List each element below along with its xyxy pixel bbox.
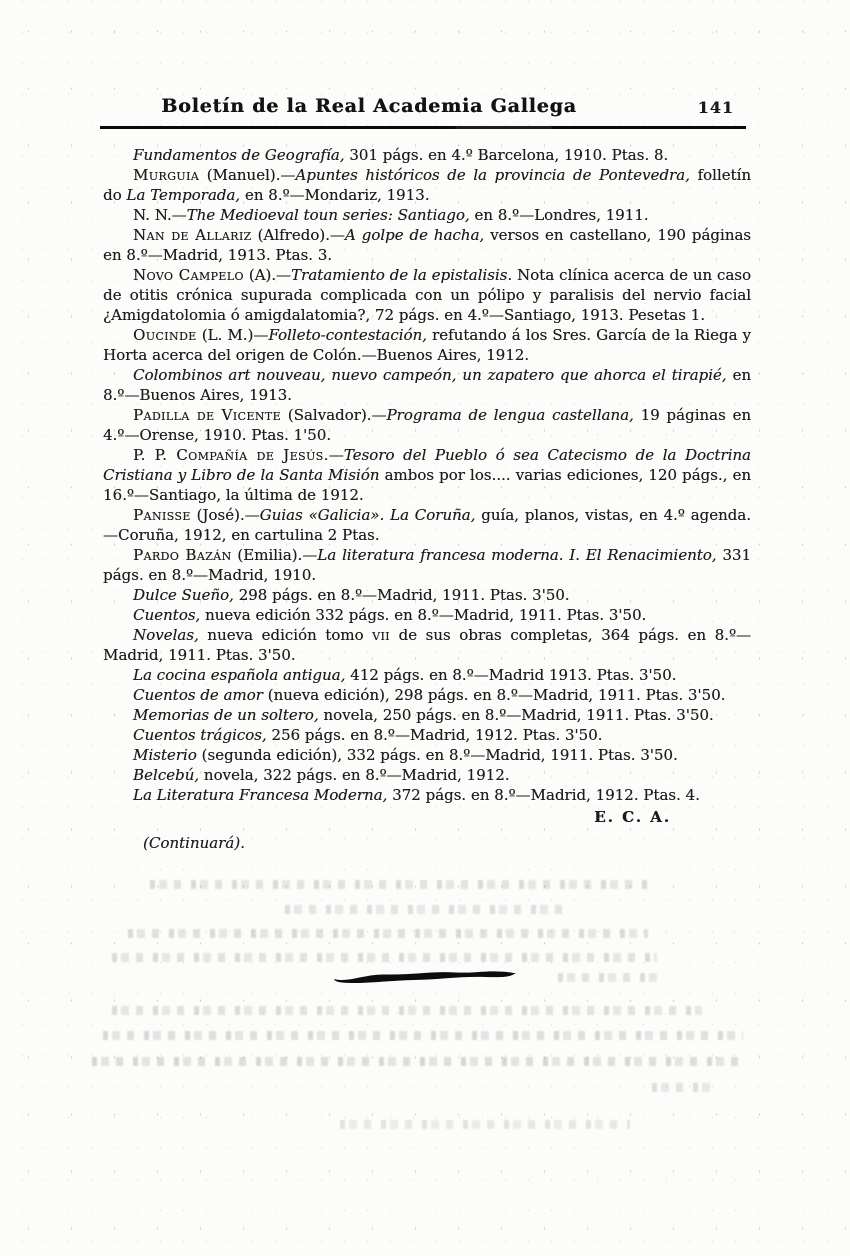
work-title: A golpe de hacha, [345,226,484,244]
work-title: Misterio [133,746,197,764]
entry-text: 298 págs. en 8.º—Madrid, 1911. Ptas. 3'5… [234,586,570,604]
entry-text: (A).— [244,266,291,284]
entry-text: nueva edición tomo [199,626,372,644]
work-title: Apuntes históricos de la provincia de Po… [295,166,690,184]
bibliography-entry: Fundamentos de Geografía, 301 págs. en 4… [103,145,751,165]
work-title: La cocina española antigua, [133,666,345,684]
bleedthrough-ghost-line [92,1057,747,1066]
bibliography-list: Fundamentos de Geografía, 301 págs. en 4… [103,145,751,853]
bibliography-entry: La cocina española antigua, 412 págs. en… [103,665,751,685]
work-title: Cuentos, [133,606,200,624]
page-header: Boletín de la Real Academia Gallega 141 [100,95,748,123]
entry-text: (Manuel).— [199,166,295,184]
author-name: Panisse [133,506,191,524]
work-title: Novelas, [133,626,199,644]
entry-text: — [329,446,344,464]
bibliography-entry: N. N.—The Medioeval toun series: Santiag… [103,205,751,225]
bleedthrough-ghost-line [128,929,648,938]
bleedthrough-ghost-line [285,905,565,914]
bibliography-entry: La Literatura Francesa Moderna, 372 págs… [103,785,751,805]
bibliography-entry: Cuentos de amor (nueva edición), 298 pág… [103,685,751,705]
bleedthrough-ghost-line [150,880,650,889]
bibliography-entry: Novelas, nueva edición tomo vii de sus o… [103,625,751,665]
bibliography-entry: Colombinos art nouveau, nuevo campeón, u… [103,365,751,405]
work-title: Folleto-contestación, [268,326,427,344]
work-title: The Medioeval toun series: Santiago, [187,206,470,224]
entry-text: (José).— [191,506,260,524]
entry-text: en 8.º—Londres, 1911. [470,206,649,224]
bibliography-entry: Padilla de Vicente (Salvador).—Programa … [103,405,751,445]
work-title: Belcebú, [133,766,199,784]
author-name: Novo Campelo [133,266,244,284]
work-title: Cuentos trágicos, [133,726,267,744]
bibliography-entry: Nan de Allariz (Alfredo).—A golpe de hac… [103,225,751,265]
bibliography-entry: Belcebú, novela, 322 págs. en 8.º—Madrid… [103,765,751,785]
work-title: Fundamentos de Geografía, [133,146,344,164]
work-title: Cuentos de amor [133,686,263,704]
work-title: Programa de lengua castellana, [386,406,633,424]
scanned-document-page: Boletín de la Real Academia Gallega 141 … [0,0,850,1256]
work-title: Guias «Galicia». La Coruña, [260,506,476,524]
entry-text: (Alfredo).— [252,226,345,244]
author-name: vii [372,626,390,644]
work-title: Dulce Sueño, [133,586,234,604]
entry-text: 301 págs. en 4.º Barcelona, 1910. Ptas. … [344,146,668,164]
entry-text: nueva edición 332 págs. en 8.º—Madrid, 1… [200,606,646,624]
work-title: Tratamiento de la epistalisis. [291,266,512,284]
bleedthrough-ghost-line [103,1031,743,1040]
entry-text: novela, 250 págs. en 8.º—Madrid, 1911. P… [319,706,714,724]
bibliography-entry: Cuentos, nueva edición 332 págs. en 8.º—… [103,605,751,625]
entry-text: novela, 322 págs. en 8.º—Madrid, 1912. [199,766,510,784]
bleedthrough-ghost-line [112,1006,702,1015]
entry-text: 412 págs. en 8.º—Madrid 1913. Ptas. 3'50… [345,666,676,684]
page-number: 141 [698,98,734,117]
bleedthrough-ghost-line [652,1083,714,1092]
work-title: La Temporada, [126,186,240,204]
bibliography-entry: Memorias de un soltero, novela, 250 págs… [103,705,751,725]
author-initials-signature: E. C. A. [103,807,751,827]
entry-text: N. N.— [133,206,187,224]
header-rule [100,126,746,129]
author-name: Murguia [133,166,199,184]
author-name: Nan de Allariz [133,226,252,244]
journal-title: Boletín de la Real Academia Gallega [100,95,638,117]
entry-text: (Salvador).— [281,406,386,424]
author-name: Oucinde [133,326,197,344]
entry-text: 372 págs. en 8.º—Madrid, 1912. Ptas. 4. [387,786,700,804]
bibliography-entry: Panisse (José).—Guias «Galicia». La Coru… [103,505,751,545]
continuation-note: (Continuará). [103,833,751,853]
entry-text: 256 págs. en 8.º—Madrid, 1912. Ptas. 3'5… [267,726,603,744]
bibliography-entry: Pardo Bazán (Emilia).—La literatura fran… [103,545,751,585]
entry-text: (nueva edición), 298 págs. en 8.º—Madrid… [263,686,726,704]
bleedthrough-ghost-line [558,973,663,982]
bibliography-entry: Murguia (Manuel).—Apuntes históricos de … [103,165,751,205]
author-name: Padilla de Vicente [133,406,281,424]
bibliography-entry: Oucinde (L. M.)—Folleto-contestación, re… [103,325,751,365]
bibliography-entry: P. P. Compañía de Jesús.—Tesoro del Pueb… [103,445,751,505]
handwritten-ink-stroke [330,961,520,989]
bibliography-entry: Misterio (segunda edición), 332 págs. en… [103,745,751,765]
entry-text: (segunda edición), 332 págs. en 8.º—Madr… [197,746,678,764]
work-title: La literatura francesa moderna. I. El Re… [317,546,716,564]
entry-text: en 8.º—Mondariz, 1913. [240,186,429,204]
entry-text: (L. M.)— [197,326,269,344]
bibliography-entry: Cuentos trágicos, 256 págs. en 8.º—Madri… [103,725,751,745]
work-title: Colombinos art nouveau, nuevo campeón, u… [133,366,727,384]
author-name: P. P. Compañía de Jesús. [133,446,329,464]
work-title: La Literatura Francesa Moderna, [133,786,387,804]
bleedthrough-ghost-line [340,1120,630,1129]
bibliography-entry: Novo Campelo (A).—Tratamiento de la epis… [103,265,751,325]
bibliography-entry: Dulce Sueño, 298 págs. en 8.º—Madrid, 19… [103,585,751,605]
author-name: Pardo Bazán [133,546,232,564]
work-title: Memorias de un soltero, [133,706,319,724]
entry-text: (Emilia).— [232,546,318,564]
